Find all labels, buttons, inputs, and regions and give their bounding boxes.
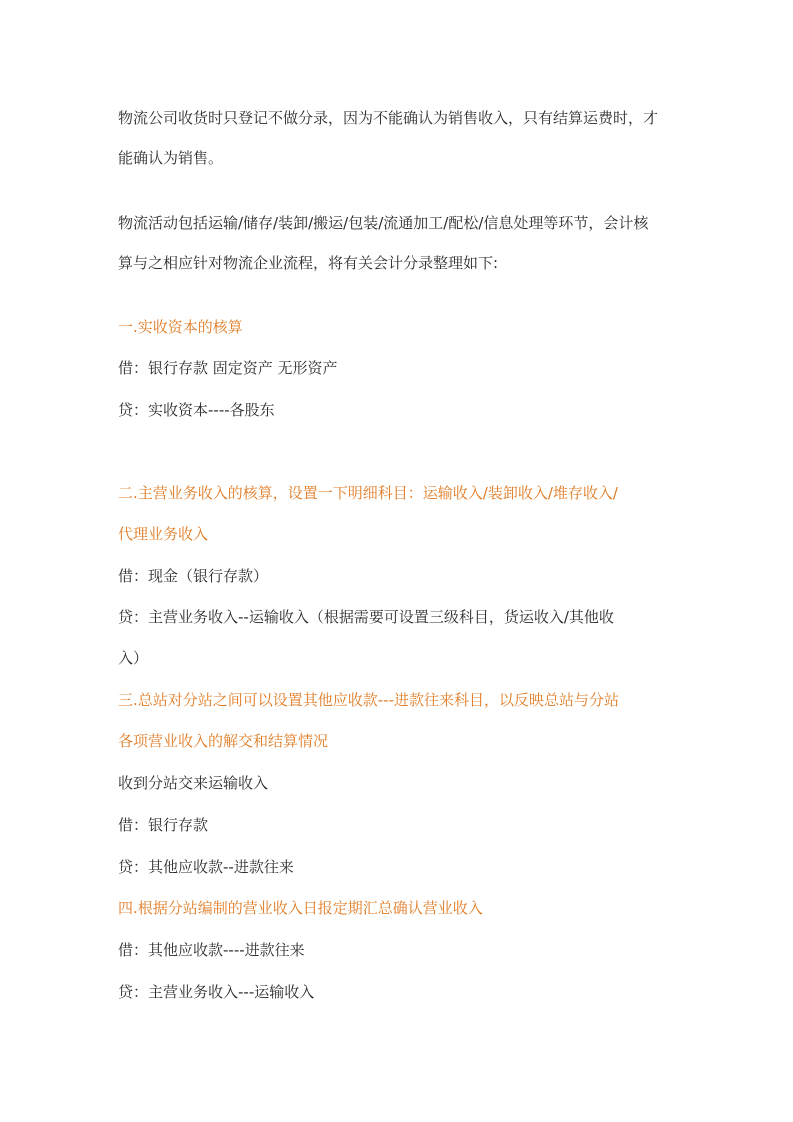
section-2-credit-line-1: 贷：主营业务收入--运输收入（根据需要可设置三级科目，货运收入/其他收 [118, 607, 614, 627]
intro-line-2: 能确认为销售。 [118, 148, 223, 168]
section-4-heading: 四.根据分站编制的营业收入日报定期汇总确认营业收入 [118, 898, 483, 918]
document-page: 物流公司收货时只登记不做分录，因为不能确认为销售收入，只有结算运费时，才 能确认… [0, 0, 793, 1122]
section-2-debit: 借：现金（银行存款） [118, 566, 268, 586]
section-2-heading-line-2: 代理业务收入 [118, 524, 208, 544]
section-1-debit: 借：银行存款 固定资产 无形资产 [118, 358, 338, 378]
section-1-credit: 贷：实收资本----各股东 [118, 400, 275, 420]
section-4-credit: 贷：主营业务收入---运输收入 [118, 982, 314, 1002]
intro2-line-2: 算与之相应针对物流企业流程，将有关会计分录整理如下: [118, 253, 498, 273]
section-4-debit: 借：其他应收款----进款往来 [118, 940, 305, 960]
section-3-note: 收到分站交来运输收入 [118, 773, 268, 793]
section-1-heading: 一.实收资本的核算 [118, 317, 243, 337]
section-3-credit: 贷：其他应收款--进款往来 [118, 857, 294, 877]
intro2-line-1: 物流活动包括运输/储存/装卸/搬运/包装/流通加工/配松/信息处理等环节，会计核 [118, 213, 648, 233]
section-2-credit-line-2: 入） [118, 648, 148, 668]
section-3-debit: 借：银行存款 [118, 815, 208, 835]
intro-line-1: 物流公司收货时只登记不做分录，因为不能确认为销售收入，只有结算运费时，才 [118, 108, 658, 128]
section-3-heading-line-2: 各项营业收入的解交和结算情况 [118, 731, 328, 751]
section-3-heading-line-1: 三.总站对分站之间可以设置其他应收款---进款往来科目，以反映总站与分站 [118, 690, 619, 710]
section-2-heading-line-1: 二.主营业务收入的核算，设置一下明细科目：运输收入/装卸收入/堆存收入/ [118, 483, 618, 503]
